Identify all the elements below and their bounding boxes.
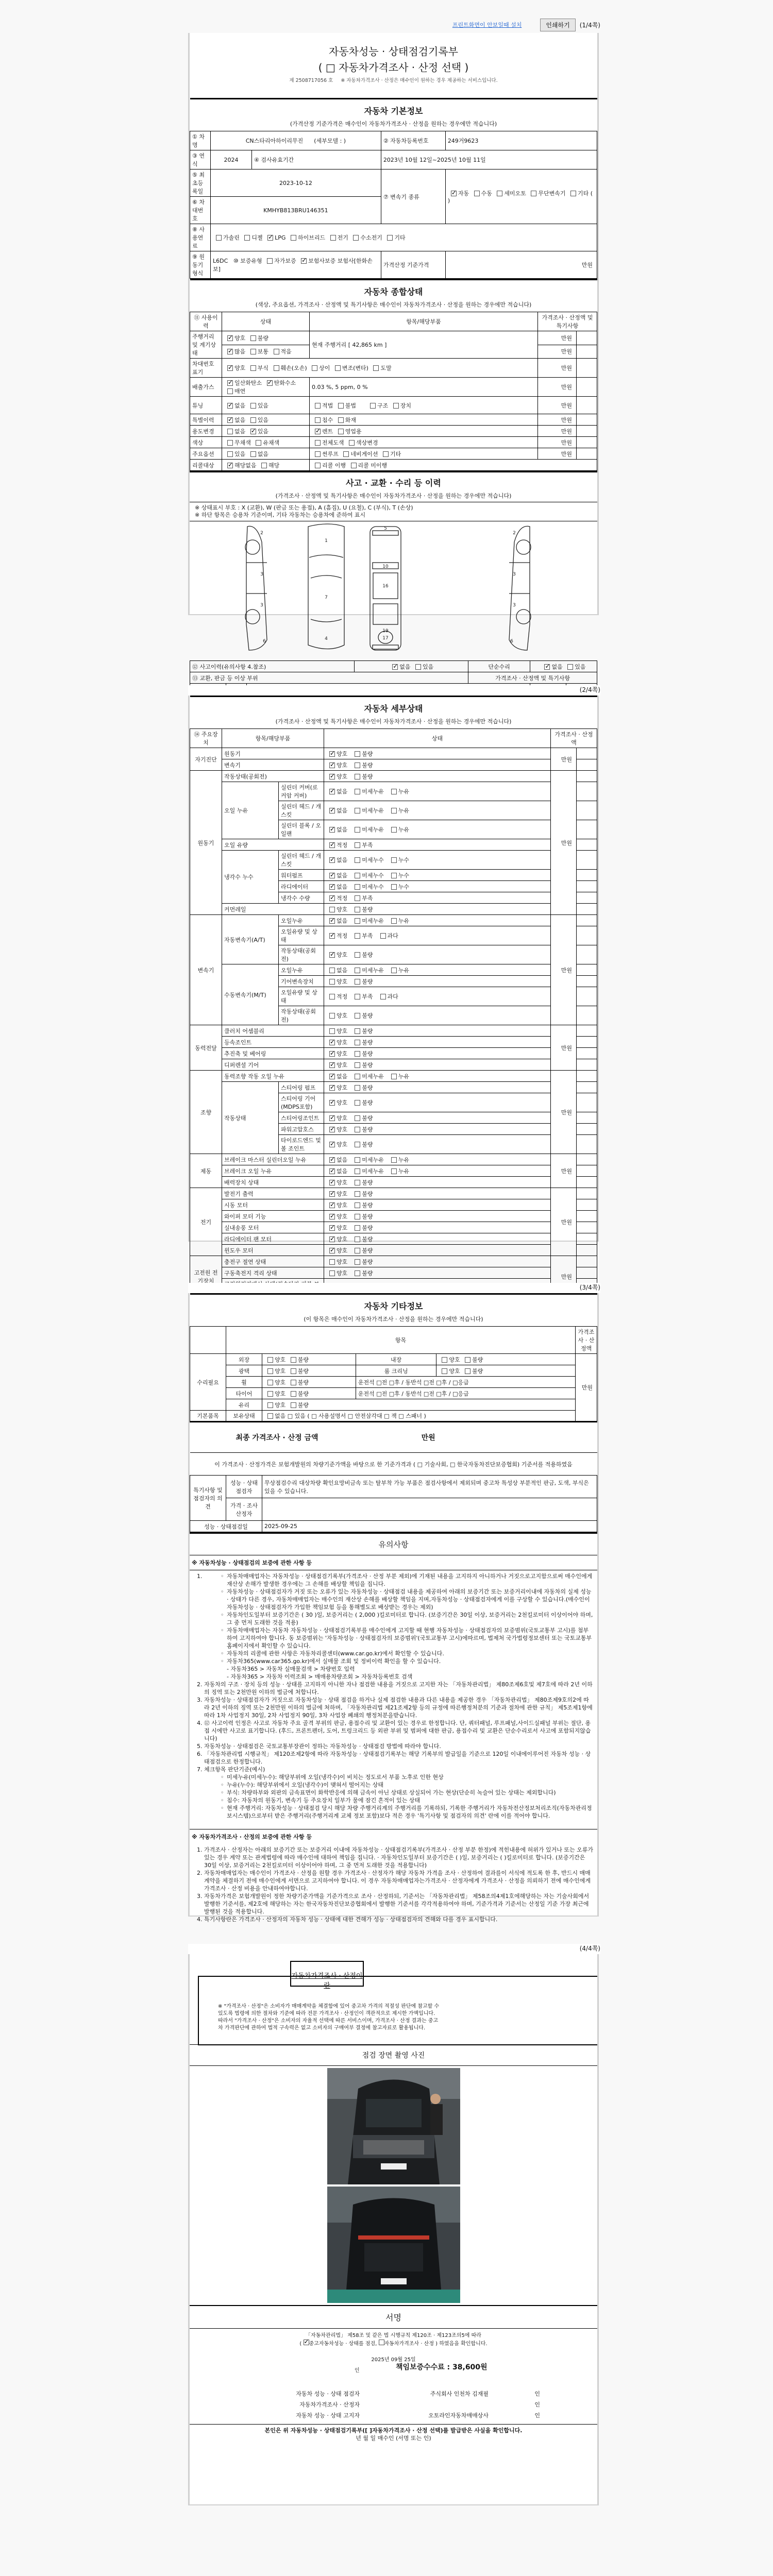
svg-text:2: 2	[513, 531, 516, 536]
emission-values: 0.03 %, 5 ppm, 0 %	[310, 378, 538, 397]
checkbox	[227, 335, 233, 341]
checkbox	[329, 895, 335, 901]
overall-status-table: 자동차 종합상태(색상, 주요옵션, 가격조사 · 산정액 및 특기사항은 매수…	[190, 279, 597, 471]
first-registration: 2023-10-12	[211, 170, 381, 197]
detail-row: 자기진단원동기양호불량만원	[190, 748, 597, 759]
checkbox-label: 양호	[337, 1213, 347, 1220]
checkbox	[244, 235, 250, 241]
checkbox	[227, 403, 233, 409]
checkbox	[393, 403, 399, 409]
checkbox	[338, 417, 344, 423]
checkbox-label: 없음	[337, 967, 347, 974]
checkbox	[391, 918, 397, 924]
document-subtitle: ( □ 자동차가격조사 · 산정 선택 )	[190, 59, 597, 74]
checkbox	[329, 774, 335, 779]
checkbox	[312, 365, 317, 371]
page-number: (1/4쪽)	[580, 21, 600, 29]
checkbox	[267, 380, 273, 386]
checkbox-label: 있음	[575, 664, 585, 670]
checkbox	[256, 440, 261, 446]
price-basis: 이 가격조사 · 산정가격은 보험개발원의 차량기준가액을 바탕으로 한 기준가…	[190, 1453, 597, 1476]
checkbox-label: 불량	[362, 773, 373, 780]
checkbox-label: 불량	[362, 1084, 373, 1091]
price-box-title: 자동차가격조사 · 산정이란	[290, 1961, 364, 1987]
svg-text:19: 19	[382, 629, 389, 634]
checkbox-label: 적정	[337, 842, 347, 849]
checkbox	[329, 1225, 335, 1231]
detail-row: 시동 모터양호불량	[190, 1199, 597, 1211]
detail-row: 오일 유량적정부족	[190, 839, 597, 851]
svg-text:3: 3	[260, 572, 263, 577]
checkbox-label: 미세누유	[362, 826, 384, 833]
checkbox-label: 전체도색	[322, 439, 344, 446]
checkbox	[329, 1040, 335, 1045]
checkbox-label: 양호	[337, 1270, 347, 1277]
detail-row: 라디에이터 팬 모터양호불량	[190, 1233, 597, 1245]
checkbox-label: 색상변경	[356, 439, 378, 446]
checkbox-label: 양호	[337, 1050, 347, 1057]
overall-header: ⑪ 사용이력	[190, 312, 222, 331]
checkbox-label: 누수	[398, 857, 409, 863]
checkbox-label: 없음	[551, 664, 562, 670]
checkbox-label: 양호	[337, 751, 347, 757]
checkbox	[355, 774, 360, 779]
checkbox	[391, 1168, 397, 1174]
checkbox	[329, 1074, 335, 1079]
model-year: 2024	[211, 150, 252, 170]
checkbox-label: 부족	[362, 895, 373, 902]
checkbox	[329, 751, 335, 757]
svg-text:2: 2	[260, 531, 263, 536]
checkbox-label: 없음	[399, 664, 410, 670]
checkbox-label: 양호	[337, 978, 347, 985]
detail-row: 동력전달클러치 어셈블리양호불량만원	[190, 1025, 597, 1037]
overall-header: 가격조사 · 산정액 및 특기사항	[538, 312, 597, 331]
checkbox-label: 불량	[362, 1270, 373, 1277]
detail-row: 배력장치 상태양호불량	[190, 1177, 597, 1188]
page-4: 자동차가격조사 · 산정이란 ※ "가격조사 · 산정"은 소비자가 매매계약을…	[188, 1954, 599, 2505]
checkbox-label: 불량	[362, 1115, 373, 1122]
checkbox	[329, 1180, 335, 1185]
checkbox-label: 누수	[398, 872, 409, 879]
checkbox-label: 양호	[337, 1115, 347, 1122]
price-box-text: ※ "가격조사 · 산정"은 소비자가 매매계약을 체결함에 있어 중고차 가격…	[218, 2003, 440, 2032]
checkbox	[353, 235, 359, 241]
checkbox-label: 네비게이션	[350, 451, 378, 457]
checkbox	[329, 1085, 335, 1091]
checkbox-label: 디젤	[251, 234, 262, 241]
checkbox-label: 있음	[423, 664, 433, 670]
checkbox-label: 양호	[337, 1039, 347, 1046]
checkbox-label: 상이	[319, 365, 330, 371]
warranty-fee: 책임보증수수료 : 38,600원	[396, 2364, 488, 2371]
checkbox	[355, 907, 360, 912]
checkbox	[391, 968, 397, 973]
checkbox	[329, 918, 335, 924]
car-name: CN스타리아하이리무진 (세부모델 : )	[211, 131, 381, 150]
checkbox	[315, 440, 321, 446]
checkbox-label: 불량	[362, 1062, 373, 1069]
checkbox	[315, 451, 321, 457]
checkbox-label: 누유	[398, 788, 409, 795]
checkbox	[531, 191, 536, 196]
checkbox-label: 미세누유	[362, 918, 384, 924]
checkbox	[329, 1214, 335, 1219]
checkbox	[329, 1191, 335, 1197]
checkbox	[329, 842, 335, 848]
checkbox-label: 해당없음	[234, 462, 257, 469]
checkbox-label: 불량	[362, 1179, 373, 1186]
checkbox-label: 부식	[258, 365, 268, 371]
checkbox-label: 적정	[337, 895, 347, 902]
print-button[interactable]: 인쇄하기	[540, 19, 575, 31]
checkbox-label: 도말	[380, 365, 391, 371]
checkbox-label: 없음	[337, 807, 347, 814]
checkbox	[451, 191, 457, 196]
checkbox-label: 매연	[234, 388, 245, 395]
detail-status-table: 자동차 세부상태(가격조사 · 산정액 및 특기사항은 매수인이 자동차가격조사…	[190, 696, 597, 1309]
checkbox	[227, 417, 233, 423]
checkbox-label: 미세누수	[362, 857, 384, 863]
checkbox-label: 양호	[337, 1247, 347, 1254]
engine-type: L6DC ⑩ 보증유형 자가보증 보험사보증 보험사[한화손보]	[211, 251, 381, 279]
checkbox	[391, 873, 397, 878]
checkbox	[329, 968, 335, 973]
checkbox	[267, 258, 273, 264]
checkbox	[570, 191, 576, 196]
checkbox-label: 부족	[362, 993, 373, 1000]
detail-row: 윈도우 모터양호불량	[190, 1245, 597, 1256]
checkbox-label: 양호	[337, 762, 347, 769]
checkbox-label: 양호	[337, 1099, 347, 1106]
checkbox	[380, 994, 386, 999]
checkbox-label: 양호	[337, 1141, 347, 1148]
checkbox-label: 렌트	[322, 428, 333, 435]
checkbox-label: 미세누유	[362, 967, 384, 974]
checkbox-label: 기타	[394, 234, 405, 241]
checkbox	[355, 1062, 360, 1068]
checkbox	[329, 762, 335, 768]
checkbox-label: 불량	[362, 1028, 373, 1035]
detail-row: 변속기양호불량	[190, 759, 597, 771]
checkbox-label: 누수	[398, 884, 409, 890]
install-link[interactable]: 프린트화면이 안보일때 설치	[452, 21, 522, 29]
svg-text:4: 4	[325, 636, 328, 641]
checkbox-label: 유채색	[263, 439, 279, 446]
checkbox	[250, 429, 256, 434]
accident-title: 사고 · 교환 · 수리 등 이력	[190, 472, 597, 488]
checkbox-label: 양호	[337, 1202, 347, 1209]
svg-text:3: 3	[513, 603, 516, 608]
checkbox	[567, 664, 573, 670]
detail-row: 제동브레이크 마스터 실린더오일 누유없음미세누유누유만원	[190, 1154, 597, 1165]
svg-text:6: 6	[510, 639, 513, 644]
checkbox-label: 불량	[362, 906, 373, 913]
checkbox	[355, 1259, 360, 1265]
receipt-statement: 본인은 위 자동차성능 · 상태점검기록부([ ]자동차가격조사 · 산정 선택…	[190, 2427, 597, 2434]
checkbox	[329, 857, 335, 863]
checkbox-label: 없음	[337, 884, 347, 890]
checkbox	[216, 235, 222, 241]
checkbox	[391, 789, 397, 794]
checkbox	[338, 403, 344, 409]
svg-text:16: 16	[382, 584, 389, 589]
checkbox-label: 수동	[481, 190, 492, 197]
checkbox-label: 리콜 미이행	[358, 462, 388, 469]
detail-row: 실내송풍 모터양호불량	[190, 1222, 597, 1233]
checkbox	[329, 1127, 335, 1132]
checkbox	[315, 429, 321, 434]
checkbox	[329, 884, 335, 890]
checkbox-label: 누유	[398, 1168, 409, 1175]
checkbox-label: 구조	[377, 402, 388, 409]
checkbox-label: 없음	[337, 1073, 347, 1080]
checkbox	[355, 842, 360, 848]
photo-title: 점검 장면 촬영 사진	[190, 2044, 597, 2066]
checkbox	[355, 979, 360, 985]
checkbox-label: 없음	[337, 918, 347, 924]
checkbox	[329, 952, 335, 958]
checkbox	[250, 349, 256, 354]
checkbox	[355, 1168, 360, 1174]
checkbox	[355, 1074, 360, 1079]
checkbox	[391, 827, 397, 833]
checkbox-label: 없음	[337, 788, 347, 795]
checkbox	[415, 664, 421, 670]
checkbox-label: 양호	[337, 1259, 347, 1265]
checkbox-label: 누유	[398, 1157, 409, 1163]
checkbox	[355, 789, 360, 794]
checkbox	[329, 1100, 335, 1106]
checkbox-label: 화재	[345, 417, 356, 423]
accident-history-label: ⑫ 사고이력(유의사항 4.참조)	[190, 661, 355, 672]
page-3-number: (3/4쪽)	[188, 1283, 600, 1293]
checkbox	[329, 808, 335, 814]
seal-mark: 인	[355, 2367, 360, 2375]
checkbox-label: 불량	[362, 1247, 373, 1254]
checkbox	[391, 857, 397, 863]
checkbox	[329, 1115, 335, 1121]
checkbox-label: 누유	[398, 826, 409, 833]
checkbox-label: 자동	[458, 190, 469, 197]
checkbox	[355, 751, 360, 757]
checkbox-label: 있음	[258, 402, 268, 409]
checkbox	[274, 349, 279, 354]
checkbox-label: 양호	[337, 773, 347, 780]
checkbox	[355, 1157, 360, 1163]
detail-row: 원동기작동상태(공회전)양호불량만원	[190, 771, 597, 782]
checkbox-label: 보통	[258, 348, 268, 355]
checkbox-label: 미세누유	[362, 1073, 384, 1080]
checkbox-label: 불량	[362, 1141, 373, 1148]
checkbox-label: 영업용	[345, 428, 362, 435]
checkbox-label: 불량	[362, 1191, 373, 1197]
checkbox-label: LPG	[275, 234, 285, 241]
checkbox	[355, 1142, 360, 1147]
sign-law: 「자동차관리법」 제58조 및 같은 법 시행규칙 제120조 · 제123조의…	[190, 2332, 597, 2340]
checkbox-label: 기타	[390, 451, 401, 457]
checkbox-label: 수소전기	[360, 234, 382, 241]
document-header: 자동차성능 · 상태점검기록부 ( □ 자동차가격조사 · 산정 선택 ) 제 …	[190, 33, 597, 83]
checkbox-label: 미세누수	[362, 884, 384, 890]
checkbox	[329, 1202, 335, 1208]
checkbox-label: 과다	[388, 933, 398, 939]
detail-row: 냉각수 누수실린더 헤드 / 개스킷없음미세누수누수	[190, 851, 597, 870]
checkbox-label: 장치	[400, 402, 411, 409]
checkbox-label: 양호	[234, 335, 245, 342]
detail-row: 와이퍼 모터 기능양호불량	[190, 1211, 597, 1222]
checkbox-label: 누유	[398, 1073, 409, 1080]
checkbox	[355, 1214, 360, 1219]
checkbox-label: 미세누유	[362, 1168, 384, 1175]
checkbox-label: 훼손(오손)	[281, 365, 307, 371]
checkbox	[329, 1013, 335, 1019]
checkbox-label: 부족	[362, 933, 373, 939]
checkbox	[329, 994, 335, 999]
checkbox	[355, 1115, 360, 1121]
top-toolbar: 프린트화면이 안보일때 설치 인쇄하기 (1/4쪽)	[188, 18, 600, 32]
checkbox-label: 있음	[234, 451, 245, 457]
checkbox-label: 불법	[345, 402, 356, 409]
checkbox-label: 미세누유	[362, 807, 384, 814]
fuel-options: 가솔린 디젤 LPG 하이브리드 전기 수소전기 기타	[211, 224, 597, 251]
svg-text:3: 3	[513, 572, 516, 577]
checkbox-label: 불량	[362, 1236, 373, 1243]
doc-number: 제 2508717056 호	[289, 78, 333, 83]
checkbox	[227, 429, 233, 434]
receipt-signature-line: 년 월 일 매수인 (서명 또는 인)	[190, 2434, 597, 2442]
checkbox	[391, 1074, 397, 1079]
checkbox	[227, 365, 233, 371]
checkbox	[355, 857, 360, 863]
checkbox	[387, 235, 393, 241]
checkbox-label: 불량	[362, 1126, 373, 1133]
checkbox-label: 과다	[388, 993, 398, 1000]
checkbox-label: 누유	[398, 967, 409, 974]
checkbox-label: 자가보증	[274, 258, 296, 264]
checkbox	[497, 191, 502, 196]
checkbox	[355, 918, 360, 924]
checkbox-label: 누유	[398, 918, 409, 924]
checkbox	[355, 1225, 360, 1231]
svg-text:5: 5	[384, 526, 387, 531]
sign-date: 2025년 09월 25일	[190, 2356, 597, 2364]
checkbox-label: 없음	[234, 417, 245, 423]
checkbox-label: 침수	[322, 417, 333, 423]
checkbox	[315, 417, 321, 423]
checkbox-label: 미세누유	[362, 788, 384, 795]
checkbox-label: 적법	[322, 402, 333, 409]
checkbox	[315, 463, 321, 468]
checkbox-label: 썬루프	[322, 451, 339, 457]
confirm-price-label: 자동차가격조사 · 산정 ) 하였음을 확인합니다.	[384, 2341, 488, 2347]
checkbox	[329, 1157, 335, 1163]
checkbox-label: 양호	[337, 1236, 347, 1243]
checkbox	[329, 1028, 335, 1034]
checkbox-label: 양호	[337, 1191, 347, 1197]
checkbox-label: 양호	[337, 952, 347, 958]
checkbox	[355, 1248, 360, 1253]
checkbox-label: 없음	[234, 402, 245, 409]
checkbox-label: 양호	[337, 1062, 347, 1069]
checkbox	[330, 235, 336, 241]
checkbox	[355, 1127, 360, 1132]
checkbox	[329, 873, 335, 878]
checkbox	[355, 1191, 360, 1197]
checkbox	[329, 1270, 335, 1276]
inspection-photo-front	[327, 2068, 460, 2184]
checkbox	[355, 952, 360, 958]
page-3: 자동차 기타정보(이 항목은 매수인이 자동차가격조사 · 산정을 원하는 경우…	[188, 1293, 599, 1917]
final-price-label: 최종 가격조사 · 산정 금액	[236, 1434, 318, 1442]
confirm-inspection-checkbox	[304, 2340, 309, 2345]
page-1: 자동차성능 · 상태점검기록부 ( □ 자동차가격조사 · 산정 선택 ) 제 …	[188, 33, 599, 615]
page-4-number: (4/4쪽)	[188, 1944, 600, 1954]
confirm-price-checkbox	[379, 2340, 384, 2345]
document-title: 자동차성능 · 상태점검기록부	[190, 43, 597, 58]
notes-section: 유의사항 ※ 자동차성능 · 상태점검의 보증에 관한 사항 등 자동차매매업자…	[190, 1532, 597, 1934]
svg-text:6: 6	[263, 639, 266, 644]
transmission-options: 자동 수동 세미오토 무단변속기 기타 ( )	[445, 170, 597, 224]
checkbox-label: 있음	[258, 417, 268, 423]
checkbox-label: 없음	[337, 826, 347, 833]
checkbox-label: 불량	[362, 1259, 373, 1265]
checkbox	[329, 933, 335, 939]
checkbox	[291, 235, 296, 241]
checkbox-label: 해당	[268, 462, 279, 469]
checkbox	[355, 1236, 360, 1242]
checkbox	[267, 235, 273, 241]
sign-title: 서명	[190, 2305, 597, 2328]
checkbox-label: 불량	[362, 1039, 373, 1046]
detail-row: 커먼레일양호불량	[190, 904, 597, 915]
checkbox	[391, 1157, 397, 1163]
svg-text:3: 3	[260, 603, 263, 608]
checkbox	[329, 907, 335, 912]
inspection-photo-rear	[327, 2187, 460, 2303]
checkbox	[329, 827, 335, 833]
checkbox	[373, 365, 379, 371]
signer-row: 자동차가격조사 · 산정자인	[190, 2399, 597, 2410]
checkbox	[355, 1180, 360, 1185]
checkbox	[250, 417, 256, 423]
checkbox-label: 적정	[337, 933, 347, 939]
checkbox-label: 양호	[337, 1028, 347, 1035]
checkbox-label: 전기	[338, 234, 348, 241]
checkbox	[355, 1202, 360, 1208]
checkbox	[355, 762, 360, 768]
checkbox	[261, 463, 267, 468]
checkbox	[338, 429, 344, 434]
checkbox	[227, 388, 233, 394]
checkbox	[355, 1085, 360, 1091]
checkbox-label: 양호	[337, 1179, 347, 1186]
detail-row: 디퍼렌셜 기어양호불량	[190, 1059, 597, 1071]
detail-row: 등속조인트양호불량	[190, 1037, 597, 1048]
checkbox	[329, 1051, 335, 1057]
detail-row: 브레이크 오일 누유없음미세누유누유	[190, 1165, 597, 1177]
checkbox	[355, 1013, 360, 1019]
checkbox-label: 양호	[337, 1225, 347, 1231]
checkbox-label: 일산화탄소	[234, 380, 262, 386]
checkbox	[355, 895, 360, 901]
checkbox	[380, 933, 386, 939]
checkbox	[301, 258, 307, 264]
detail-row: 전기발전기 출력양호불량만원	[190, 1188, 597, 1199]
checkbox	[351, 463, 357, 468]
inspector-remark: 무상점검수리 대상차량 확인요망비금속 또는 탈부착 가능 부품은 점검사항에서…	[262, 1476, 597, 1498]
basic-subtitle: (가격산정 기준가격은 매수인이 자동차가격조사 · 산정을 원하는 경우에만 …	[192, 116, 595, 130]
